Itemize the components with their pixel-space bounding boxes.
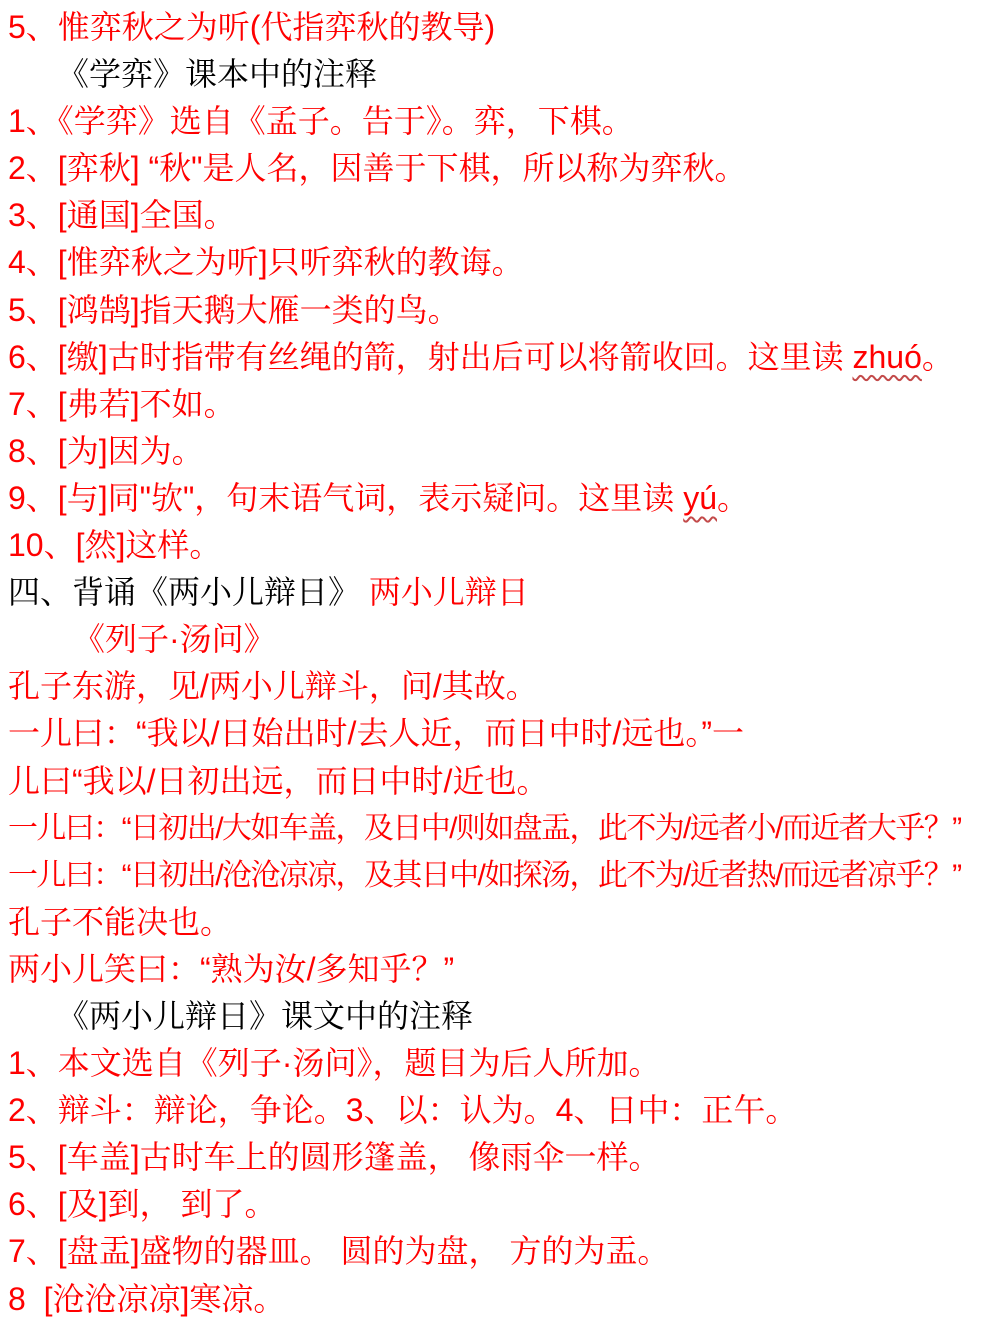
text-segment: 4、[惟弈秋之为听]只听弈秋的教诲。 bbox=[8, 244, 524, 280]
text-segment: 两小儿辩日 bbox=[360, 574, 529, 610]
text-line: 儿曰“我以/日初出远，而日中时/近也。 bbox=[8, 758, 1008, 805]
text-segment: 5、惟弈秋之为听(代指弈秋的教导) bbox=[8, 9, 495, 45]
text-segment: 。 bbox=[922, 339, 954, 375]
text-line: 2、辩斗：辩论，争论。3、以：认为。4、日中：正午。 bbox=[8, 1087, 1008, 1134]
text-segment: 6、[及]到， 到了。 bbox=[8, 1186, 276, 1222]
pinyin-zhuo: zhuó bbox=[852, 339, 921, 375]
text-segment: 孔子不能决也。 bbox=[8, 904, 232, 940]
text-segment: 《学弈》课本中的注释 bbox=[57, 56, 377, 92]
page: { "page": { "background": "#ffffff", "te… bbox=[0, 0, 1008, 1324]
text-line: 孔子不能决也。 bbox=[8, 899, 1008, 946]
text-segment: 儿曰“我以/日初出远，而日中时/近也。 bbox=[8, 763, 548, 799]
text-line: 一儿曰：“日初出/大如车盖，及日中/则如盘盂，此不为/远者小/而近者大乎？” bbox=[8, 805, 1008, 852]
text-segment: 10、[然]这样。 bbox=[8, 527, 221, 563]
text-line: 5、惟弈秋之为听(代指弈秋的教导) bbox=[8, 4, 1008, 51]
pinyin-yu: yú bbox=[683, 480, 717, 516]
text-line: 4、[惟弈秋之为听]只听弈秋的教诲。 bbox=[8, 239, 1008, 286]
text-line: 《学弈》课本中的注释 bbox=[8, 51, 1008, 98]
text-segment: 一儿曰：“日初出/沧沧凉凉，及其日中/如探汤，此不为/近者热/而远者凉乎？” bbox=[8, 859, 961, 892]
text-line: 7、[盘盂]盛物的器皿。 圆的为盘， 方的为盂。 bbox=[8, 1228, 1008, 1275]
text-segment: 5、[鸿鹄]指天鹅大雁一类的鸟。 bbox=[8, 292, 460, 328]
text-line: 5、[鸿鹄]指天鹅大雁一类的鸟。 bbox=[8, 287, 1008, 334]
text-segment: 5、[车盖]古时车上的圆形篷盖， 像雨伞一样。 bbox=[8, 1139, 660, 1175]
text-line: 《两小儿辩日》课文中的注释 bbox=[8, 993, 1008, 1040]
text-line: 5、[车盖]古时车上的圆形篷盖， 像雨伞一样。 bbox=[8, 1134, 1008, 1181]
text-segment: 7、[盘盂]盛物的器皿。 圆的为盘， 方的为盂。 bbox=[8, 1233, 669, 1269]
text-line: 四、背诵《两小儿辩日》 两小儿辩日 bbox=[8, 569, 1008, 616]
text-segment: 8 [沧沧凉凉]寒凉。 bbox=[8, 1281, 285, 1317]
text-segment: 7、[弗若]不如。 bbox=[8, 386, 236, 422]
text-segment: 两小儿笑曰：“熟为汝/多知乎？” bbox=[8, 951, 454, 987]
text-line: 8、[为]因为。 bbox=[8, 428, 1008, 475]
text-segment: 《两小儿辩日》课文中的注释 bbox=[57, 998, 473, 1034]
text-line: 两小儿笑曰：“熟为汝/多知乎？” bbox=[8, 946, 1008, 993]
text-segment: 。 bbox=[717, 480, 749, 516]
text-segment: 6、[缴]古时指带有丝绳的箭，射出后可以将箭收回。这里读 bbox=[8, 339, 852, 375]
text-segment: 《列子·汤问》 bbox=[73, 621, 276, 657]
text-segment: 9、[与]同"欤"，句末语气词，表示疑问。这里读 bbox=[8, 480, 683, 516]
text-line: 1、本文选自《列子·汤问》，题目为后人所加。 bbox=[8, 1040, 1008, 1087]
text-segment: 1、《学弈》选自《孟子。告于》。弈，下棋。 bbox=[8, 103, 634, 139]
text-segment: 2、[弈秋] “秋"是人名，因善于下棋，所以称为弈秋。 bbox=[8, 150, 747, 186]
text-segment: 3、[通国]全国。 bbox=[8, 197, 236, 233]
text-line: 6、[及]到， 到了。 bbox=[8, 1181, 1008, 1228]
text-line: 《列子·汤问》 bbox=[8, 616, 1008, 663]
document-body: 5、惟弈秋之为听(代指弈秋的教导)《学弈》课本中的注释1、《学弈》选自《孟子。告… bbox=[0, 0, 1008, 1323]
text-line: 1、《学弈》选自《孟子。告于》。弈，下棋。 bbox=[8, 98, 1008, 145]
text-segment: 四、背诵《两小儿辩日》 bbox=[8, 574, 360, 610]
text-line: 2、[弈秋] “秋"是人名，因善于下棋，所以称为弈秋。 bbox=[8, 145, 1008, 192]
text-line: 3、[通国]全国。 bbox=[8, 192, 1008, 239]
text-line: 一儿曰：“我以/日始出时/去人近，而日中时/远也。”一 bbox=[8, 710, 1008, 757]
text-line: 8 [沧沧凉凉]寒凉。 bbox=[8, 1276, 1008, 1323]
text-line: 6、[缴]古时指带有丝绳的箭，射出后可以将箭收回。这里读 zhuó。 bbox=[8, 334, 1008, 381]
text-line: 孔子东游，见/两小儿辩斗，问/其故。 bbox=[8, 663, 1008, 710]
text-segment: 8、[为]因为。 bbox=[8, 433, 204, 469]
text-segment: 孔子东游，见/两小儿辩斗，问/其故。 bbox=[8, 668, 538, 704]
text-line: 一儿曰：“日初出/沧沧凉凉，及其日中/如探汤，此不为/近者热/而远者凉乎？” bbox=[8, 852, 1008, 899]
text-segment: 1、本文选自《列子·汤问》，题目为后人所加。 bbox=[8, 1045, 660, 1081]
text-line: 7、[弗若]不如。 bbox=[8, 381, 1008, 428]
text-line: 9、[与]同"欤"，句末语气词，表示疑问。这里读 yú。 bbox=[8, 475, 1008, 522]
text-segment: 2、辩斗：辩论，争论。3、以：认为。4、日中：正午。 bbox=[8, 1092, 797, 1128]
text-line: 10、[然]这样。 bbox=[8, 522, 1008, 569]
text-segment: 一儿曰：“日初出/大如车盖，及日中/则如盘盂，此不为/远者小/而近者大乎？” bbox=[8, 812, 961, 845]
text-segment: 一儿曰：“我以/日始出时/去人近，而日中时/远也。”一 bbox=[8, 715, 744, 751]
